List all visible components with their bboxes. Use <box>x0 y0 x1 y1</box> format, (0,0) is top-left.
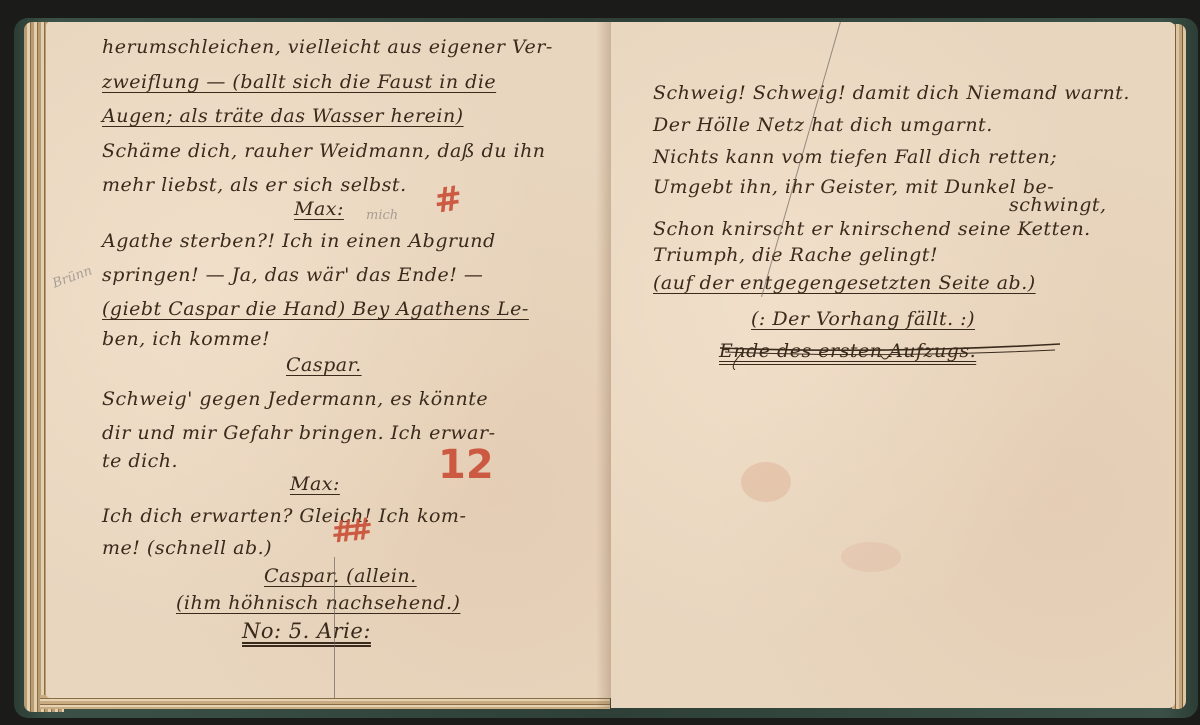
text-line: Triumph, die Rache gelingt! <box>653 244 938 266</box>
text-line: Schäme dich, rauher Weidmann, daß du ihn <box>102 140 546 162</box>
text-line: te dich. <box>102 450 178 472</box>
text-line: herumschleichen, vielleicht aus eigener … <box>102 36 553 58</box>
text-line: Ich dich erwarten? Gleich! Ich kom- <box>102 505 466 527</box>
text-line: springen! — Ja, das wär' das Ende! — <box>102 264 483 286</box>
end-flourish <box>715 340 1065 370</box>
text-line: schwingt, <box>1009 194 1107 216</box>
text-line: Der Hölle Netz hat dich umgarnt. <box>653 114 993 136</box>
stage-direction: zweiflung — (ballt sich die Faust in die <box>102 71 496 93</box>
text-line: dir und mir Gefahr bringen. Ich erwar- <box>102 422 496 444</box>
speaker-name: Caspar. <box>286 354 362 376</box>
pencil-insert: mich <box>366 208 398 223</box>
red-pencil-mark: ## <box>329 512 367 550</box>
speaker-name: Caspar. (allein. <box>264 565 417 587</box>
aria-heading: No: 5. Arie: <box>242 619 371 643</box>
text-line: Schon knirscht er knirschend seine Kette… <box>653 218 1091 240</box>
red-stain <box>741 462 791 502</box>
text-line: Umgebt ihn, ihr Geister, mit Dunkel be- <box>653 176 1054 198</box>
text-line: Schweig! Schweig! damit dich Niemand war… <box>653 82 1130 104</box>
text-line: zweiflung — (ballt sich die Faust in die <box>102 71 496 93</box>
text-line: Nichts kann vom tiefen Fall dich retten; <box>653 146 1057 168</box>
speaker-name: Max: <box>294 198 344 220</box>
text-line: ben, ich komme! <box>102 328 270 350</box>
red-pencil-mark: # <box>431 178 465 222</box>
text-line: Schweig' gegen Jedermann, es könnte <box>102 388 488 410</box>
stage-direction: (ihm höhnisch nachsehend.) <box>176 592 460 614</box>
stage-direction: (auf der entgegengesetzten Seite ab.) <box>653 272 1036 294</box>
stage-direction: (giebt Caspar die Hand) Bey Agathens Le- <box>102 298 529 320</box>
text-line: mehr liebst, als er sich selbst. <box>102 174 407 196</box>
margin-pencil-note: Brünn <box>51 263 95 291</box>
red-page-number: 12 <box>438 442 494 488</box>
stage-direction: (: Der Vorhang fällt. :) <box>751 308 975 330</box>
stage-direction: Augen; als träte das Wasser herein) <box>102 105 464 127</box>
text-line: me! (schnell ab.) <box>102 537 272 559</box>
text-line: Agathe sterben?! Ich in einen Abgrund <box>102 230 496 252</box>
left-page: herumschleichen, vielleicht aus eigener … <box>46 22 611 698</box>
red-stain <box>841 542 901 572</box>
pencil-stroke <box>334 557 335 698</box>
speaker-name: Max: <box>290 473 340 495</box>
